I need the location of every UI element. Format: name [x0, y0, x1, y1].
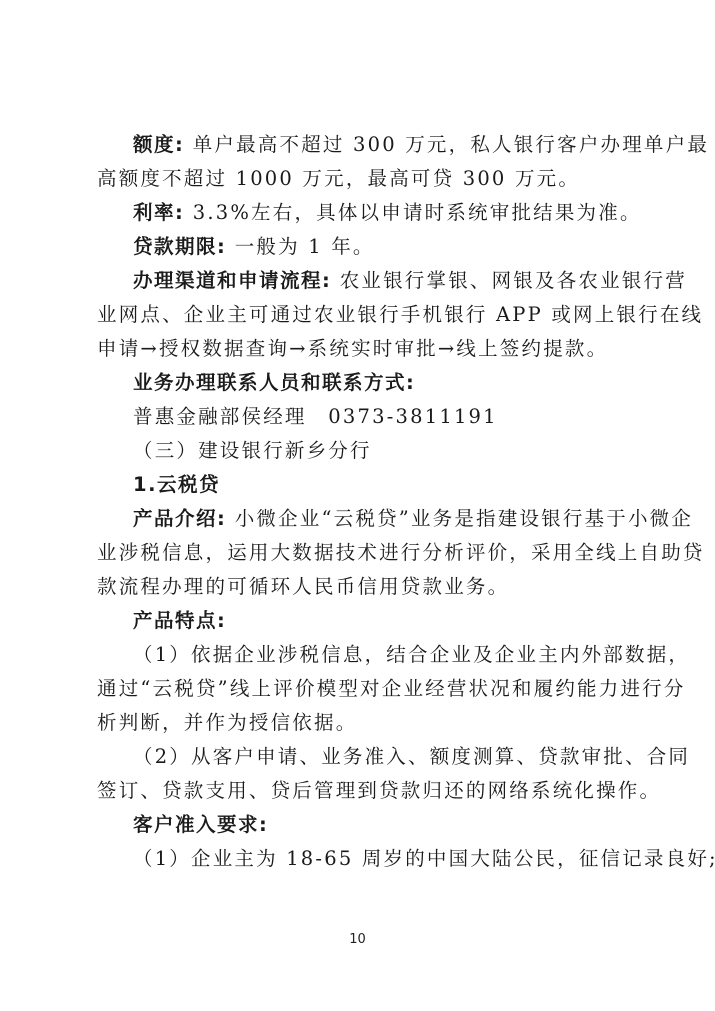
text-line-channel: 办理渠道和申请流程: 农业银行掌银、网银及各农业银行营 [97, 264, 635, 298]
text-line: 款流程办理的可循环人民币信用贷款业务。 [97, 570, 635, 604]
text-line-intro: 产品介绍: 小微企业“云税贷”业务是指建设银行基于小微企 [97, 502, 635, 536]
product-heading: 1.云税贷 [97, 468, 635, 502]
text-line: 签订、贷款支用、贷后管理到贷款归还的网络系统化操作。 [97, 774, 635, 808]
label-quota: 额度: [133, 133, 184, 156]
text-line-term: 贷款期限: 一般为 1 年。 [97, 230, 635, 264]
text-line: 业涉税信息，运用大数据技术进行分析评价，采用全线上自助贷 [97, 536, 635, 570]
text-line: 析判断，并作为授信依据。 [97, 706, 635, 740]
document-page: 额度: 单户最高不超过 300 万元，私人银行客户办理单户最 高额度不超过 10… [97, 128, 635, 876]
text-line-quota: 额度: 单户最高不超过 300 万元，私人银行客户办理单户最 [97, 128, 635, 162]
text-line: （2）从客户申请、业务准入、额度测算、贷款审批、合同 [97, 740, 635, 774]
heading-requirements: 客户准入要求: [97, 808, 635, 842]
text-line: 通过“云税贷”线上评价模型对企业经营状况和履约能力进行分 [97, 672, 635, 706]
label-rate: 利率: [133, 201, 184, 224]
text-line-rate: 利率: 3.3%左右，具体以申请时系统审批结果为准。 [97, 196, 635, 230]
text-line: 高额度不超过 1000 万元，最高可贷 300 万元。 [97, 162, 635, 196]
text-line: 申请→授权数据查询→系统实时审批→线上签约提款。 [97, 332, 635, 366]
contact-info: 普惠金融部侯经理 0373-3811191 [97, 400, 635, 434]
text-line: （1）企业主为 18-65 周岁的中国大陆公民，征信记录良好; [97, 842, 635, 876]
heading-contact: 业务办理联系人员和联系方式: [97, 366, 635, 400]
label-term: 贷款期限: [133, 235, 226, 258]
label-intro: 产品介绍: [133, 507, 226, 530]
text-line: （1）依据企业涉税信息，结合企业及企业主内外部数据， [97, 638, 635, 672]
section-heading-ccb: （三）建设银行新乡分行 [97, 434, 635, 468]
page-number: 10 [0, 932, 715, 947]
text-line: 业网点、企业主可通过农业银行手机银行 APP 或网上银行在线 [97, 298, 635, 332]
heading-features: 产品特点: [97, 604, 635, 638]
label-channel: 办理渠道和申请流程: [133, 269, 331, 292]
